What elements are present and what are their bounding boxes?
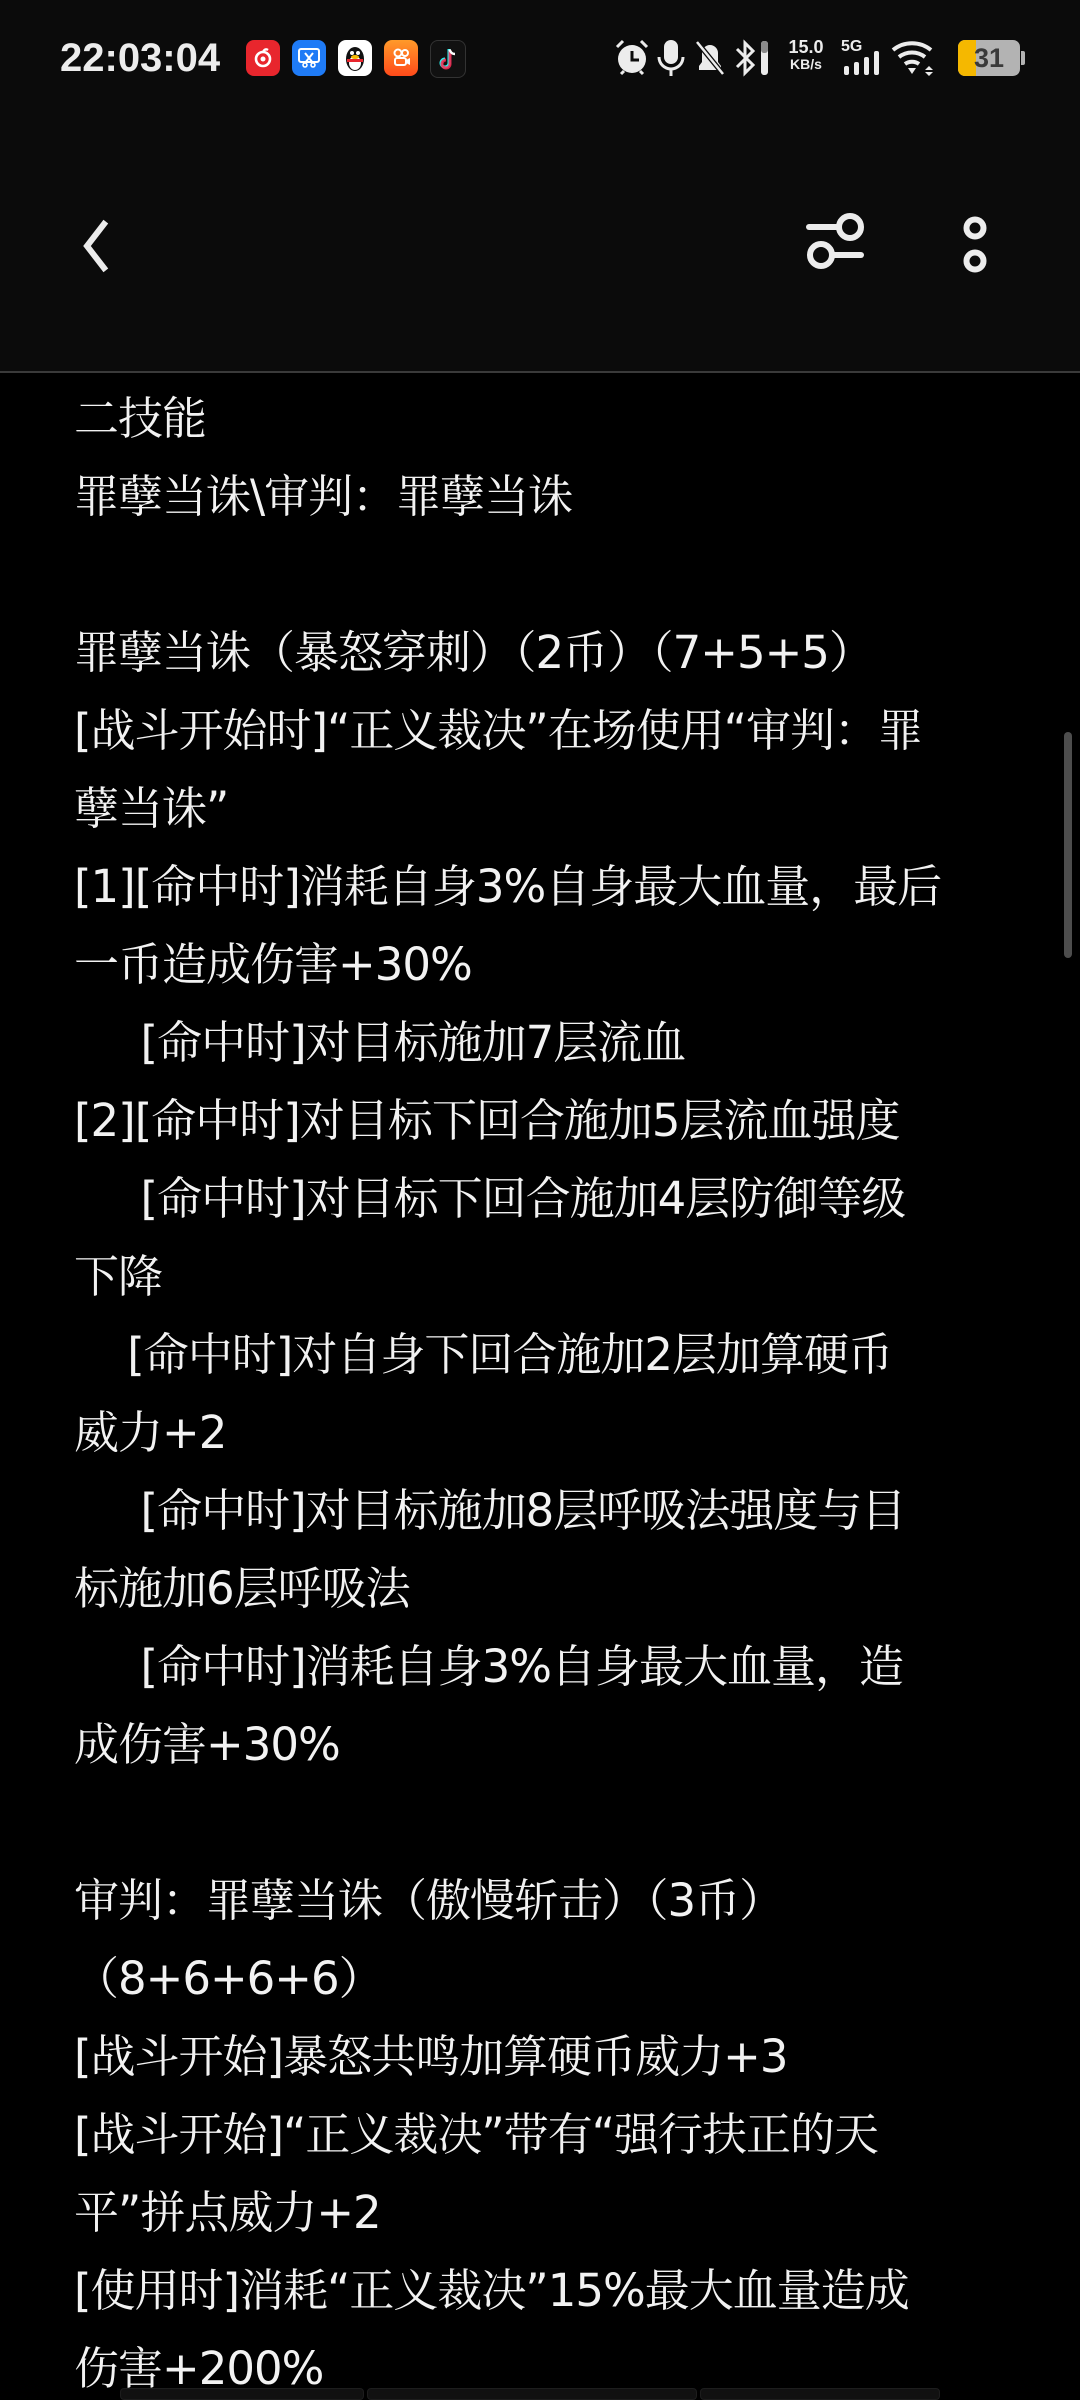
toolbar-segment xyxy=(120,2388,364,2400)
text-line: （8+6+6+6） xyxy=(74,1940,1024,2018)
wifi-icon xyxy=(891,38,937,78)
toolbar-segment xyxy=(367,2388,697,2400)
microphone-icon xyxy=(656,38,686,78)
text-line: [1][命中时]消耗自身3%自身最大血量，最后 xyxy=(74,848,1024,926)
sliders-icon xyxy=(795,205,880,285)
text-line: 平”拼点威力+2 xyxy=(74,2174,1024,2252)
tiktok-icon xyxy=(430,40,466,78)
text-line: [战斗开始]暴怒共鸣加算硬币威力+3 xyxy=(74,2018,1024,2096)
text-line: 标施加6层呼吸法 xyxy=(74,1550,1024,1628)
text-line: [命中时]消耗自身3%自身最大血量，造 xyxy=(74,1628,1024,1706)
status-bar: 22:03:04 xyxy=(0,0,1080,120)
chevron-left-icon xyxy=(60,200,130,280)
network-speed-unit: KB/s xyxy=(783,56,829,73)
text-line: [2][命中时]对目标下回合施加5层流血强度 xyxy=(74,1082,1024,1160)
text-line: 成伤害+30% xyxy=(74,1706,1024,1784)
adjust-settings-button[interactable] xyxy=(795,205,880,285)
blank-line xyxy=(74,1784,1024,1862)
more-vertical-icon xyxy=(950,205,1000,285)
top-app-bar xyxy=(0,120,1080,373)
text-line: [战斗开始时]“正义裁决”在场使用“审判：罪 xyxy=(74,692,1024,770)
signal-bars-icon xyxy=(841,38,887,78)
text-line: 威力+2 xyxy=(74,1394,1024,1472)
blank-line xyxy=(74,536,1024,614)
status-time: 22:03:04 xyxy=(60,30,220,86)
qq-icon xyxy=(338,40,372,76)
kuaishou-icon xyxy=(384,40,418,76)
vertical-scrollbar[interactable] xyxy=(1064,732,1072,958)
alarm-icon xyxy=(613,38,651,78)
text-line: 罪孽当诛（暴怒穿刺）（2币）（7+5+5） xyxy=(74,614,1024,692)
network-speed-value: 15.0 xyxy=(783,39,829,56)
mute-bell-icon xyxy=(694,38,726,78)
back-button[interactable] xyxy=(60,200,130,280)
cellular-signal: 5G xyxy=(841,38,887,78)
text-line: [命中时]对目标施加7层流血 xyxy=(74,1004,1024,1082)
bottom-toolbar-peek xyxy=(120,2388,940,2398)
battery-level: 31 xyxy=(958,40,1020,76)
network-speed: 15.0 KB/s xyxy=(783,39,829,73)
battery-tip xyxy=(1021,51,1025,65)
bluetooth-icon xyxy=(733,38,771,78)
netease-music-icon xyxy=(246,40,280,76)
toolbar-segment xyxy=(700,2388,940,2400)
text-line: [命中时]对目标施加8层呼吸法强度与目 xyxy=(74,1472,1024,1550)
text-line: 孽当诛” xyxy=(74,770,1024,848)
text-line: 审判：罪孽当诛（傲慢斩击）（3币） xyxy=(74,1862,1024,1940)
text-line: [使用时]消耗“正义裁决”15%最大血量造成 xyxy=(74,2252,1024,2330)
text-line: 下降 xyxy=(74,1238,1024,1316)
text-line: 罪孽当诛\审判：罪孽当诛 xyxy=(74,458,1024,536)
battery-icon: 31 xyxy=(958,40,1020,76)
text-line: 二技能 xyxy=(74,380,1024,458)
screen-cut-icon xyxy=(292,40,326,76)
text-line: [战斗开始]“正义裁决”带有“强行扶正的天 xyxy=(74,2096,1024,2174)
text-line: [命中时]对目标下回合施加4层防御等级 xyxy=(74,1160,1024,1238)
text-line: [命中时]对自身下回合施加2层加算硬币 xyxy=(74,1316,1024,1394)
note-content[interactable]: 二技能 罪孽当诛\审判：罪孽当诛 罪孽当诛（暴怒穿刺）（2币）（7+5+5） [… xyxy=(74,380,1024,2400)
text-line: 一币造成伤害+30% xyxy=(74,926,1024,1004)
notification-app-icons xyxy=(246,40,466,78)
more-options-button[interactable] xyxy=(950,205,1000,285)
